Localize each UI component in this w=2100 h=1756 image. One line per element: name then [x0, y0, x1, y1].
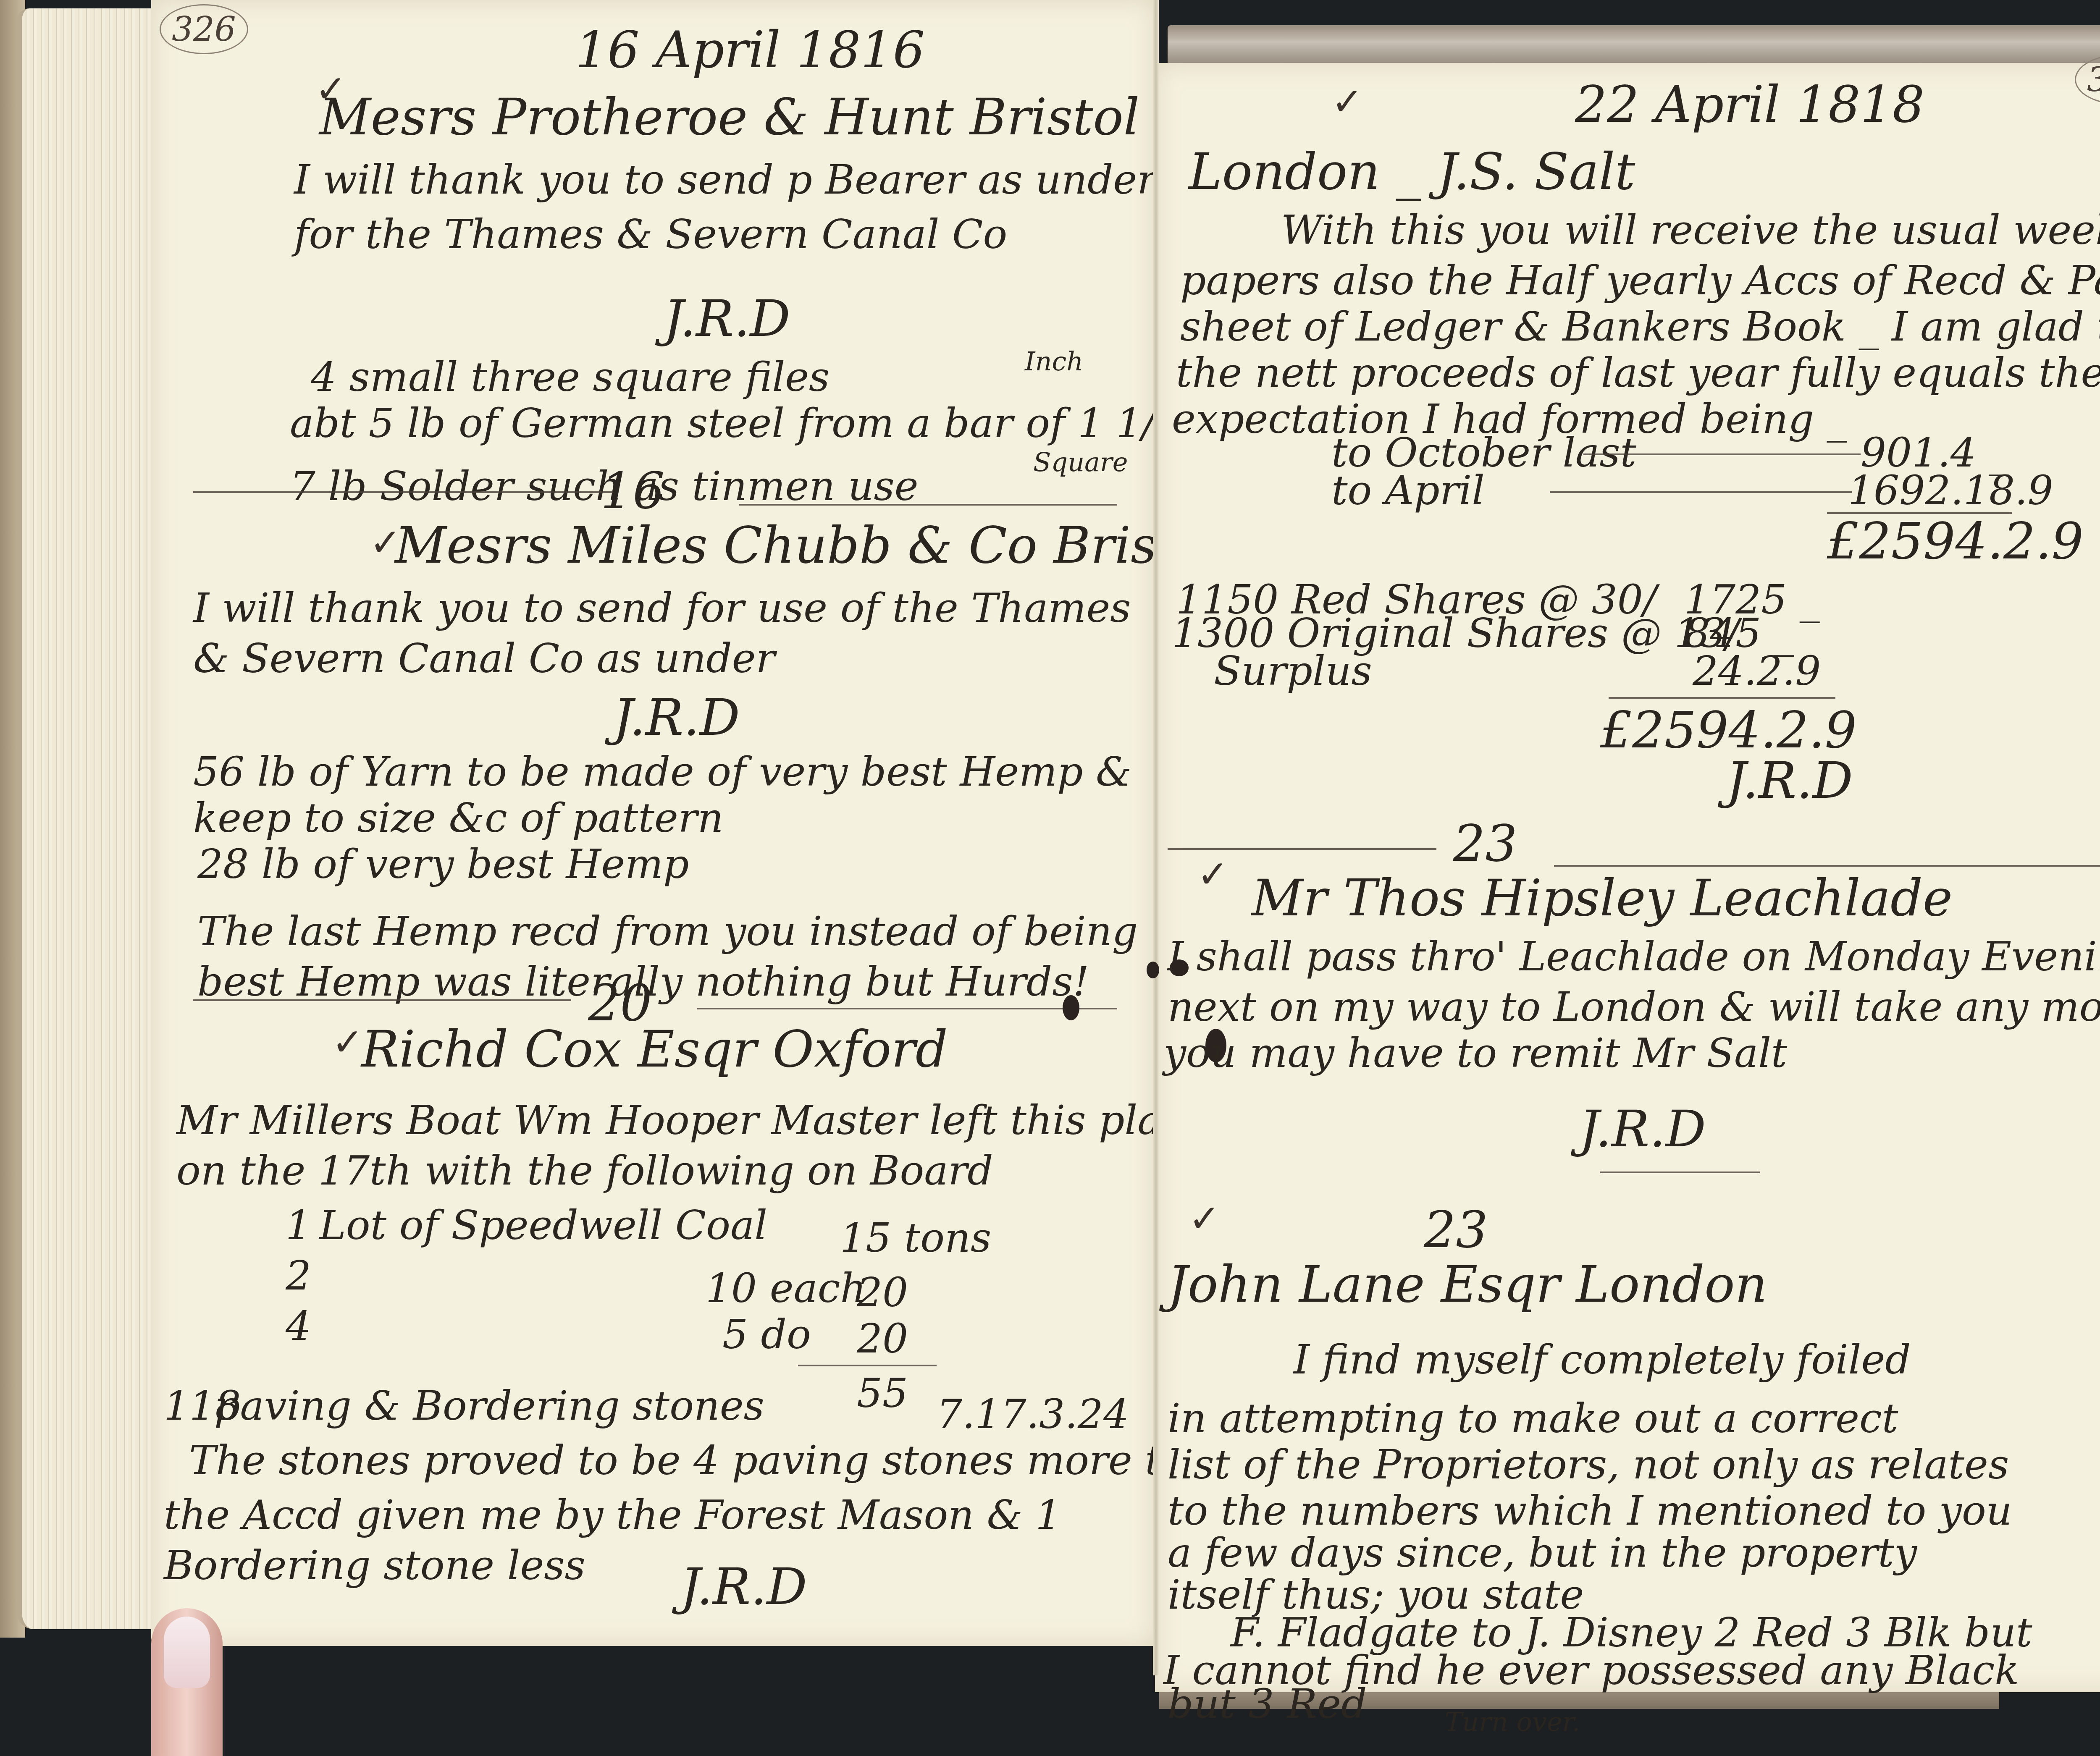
body-line: for the Thames & Severn Canal Co: [294, 214, 1007, 254]
check-mark-icon: ✓: [332, 1020, 363, 1064]
marbled-cover-top: [1168, 25, 2100, 67]
addressee: Mesrs Protheroe & Hunt Bristol: [319, 92, 1139, 143]
leader-line: [1583, 453, 1861, 455]
signature: J.R.D: [680, 1562, 807, 1612]
divider: [193, 491, 613, 493]
cargo-qty: 2: [286, 1255, 311, 1296]
cargo-desc: Lot of Speedwell Coal: [319, 1205, 767, 1245]
body-line: to the numbers which I mentioned to you: [1168, 1491, 2012, 1531]
left-page: 326 16 April 1816 ✓ Mesrs Protheroe & Hu…: [151, 0, 1155, 1646]
divider: [193, 999, 571, 1001]
entry-date: 23: [1453, 819, 1517, 869]
body-line: you may have to remit Mr Salt: [1163, 1033, 1787, 1073]
sum-rule: [1609, 697, 1835, 699]
addressee: Mr Thos Hipsley Leachlade: [1252, 873, 1953, 924]
account-amount: 1692.18.9: [1848, 470, 2053, 511]
item-line: 56 lb of Yarn to be made of very best He…: [193, 752, 1131, 792]
addressee: Mesrs Miles Chubb & Co Bristol: [395, 521, 1223, 571]
divider: [739, 504, 1117, 506]
margin-note: Square: [1033, 449, 1128, 475]
cargo-total: 20: [857, 1272, 908, 1313]
addressee: London _ J.S. Salt: [1189, 147, 1635, 197]
date-heading: 22 April 1818: [1575, 80, 1924, 130]
sum-rule: [798, 1365, 937, 1366]
note-line: The stones proved to be 4 paving stones …: [189, 1440, 1237, 1481]
accounts-total: £2594.2.9: [1827, 516, 2084, 567]
thumb-holding-page: [151, 1608, 223, 1756]
turn-over-note: Turn over.: [1445, 1709, 1580, 1735]
body-line: Mr Millers Boat Wm Hooper Master left th…: [176, 1100, 1208, 1140]
body-line: With this you will receive the usual wee…: [1281, 210, 2100, 250]
signature: J.R.D: [664, 294, 790, 344]
body-line: but 3 Red: [1168, 1684, 1367, 1724]
signature: J.R.D: [613, 693, 740, 743]
body-line: on the 17th with the following on Board: [176, 1151, 993, 1191]
leader-line: [1550, 491, 1852, 493]
share-line: Surplus: [1214, 651, 1372, 691]
note-line: the Accd given me by the Forest Mason & …: [164, 1495, 1061, 1535]
body-line: a few days since, but in the property: [1168, 1533, 1917, 1573]
cargo-each: 5 do: [722, 1314, 811, 1355]
body-line: sheet of Ledger & Bankers Book _ I am gl…: [1180, 307, 2100, 347]
addressee: Richd Cox Esqr Oxford: [361, 1025, 948, 1075]
cargo-qty: 1: [286, 1205, 311, 1245]
stones-value: 7.17.3.24: [937, 1394, 1129, 1434]
divider: [697, 1008, 1117, 1009]
stones-desc: paving & Bordering stones: [214, 1386, 764, 1426]
page-block-edges: [17, 8, 160, 1629]
body-line: in attempting to make out a correct: [1168, 1398, 1898, 1439]
right-page: 327 22 April 1818 ✓ London _ J.S. Salt W…: [1155, 63, 2100, 1692]
body-line: & Severn Canal Co as under: [193, 638, 775, 679]
body-line: I shall pass thro' Leachlade on Monday E…: [1168, 936, 2100, 977]
body-line: I will thank you to send for use of the …: [193, 588, 1131, 628]
shares-total: £2594.2.9: [1600, 705, 1857, 756]
ink-mark: [1170, 959, 1189, 976]
cargo-total: 15 tons: [840, 1218, 991, 1258]
check-mark-icon: ✓: [1189, 1197, 1220, 1241]
item-line: 4 small three square files: [311, 357, 829, 397]
note-line: Bordering stone less: [164, 1545, 585, 1586]
cargo-each: 10 each: [706, 1268, 866, 1308]
entry-date: 23: [1424, 1205, 1488, 1255]
divider: [1554, 865, 2100, 867]
entry-date: 16: [601, 466, 665, 516]
check-mark-icon: ✓: [1197, 852, 1228, 896]
body-line: next on my way to London & will take any…: [1168, 987, 2100, 1027]
check-mark-icon: ✓: [1331, 80, 1363, 124]
page-number: 326: [160, 4, 248, 54]
book-gutter: [1153, 0, 1159, 1675]
date-heading: 16 April 1816: [575, 25, 925, 76]
body-line: I will thank you to send p Bearer as und…: [294, 160, 1156, 200]
margin-note: Inch: [1025, 349, 1083, 375]
cargo-sum: 55: [857, 1373, 908, 1413]
share-amount: 24.2.9: [1693, 651, 1821, 691]
note-line: The last Hemp recd from you instead of b…: [197, 911, 1138, 951]
cargo-qty: 4: [286, 1306, 311, 1346]
body-line: list of the Proprietors, not only as rel…: [1168, 1444, 2009, 1485]
body-line: papers also the Half yearly Accs of Recd…: [1180, 260, 2100, 301]
signature: J.R.D: [1579, 1104, 1706, 1155]
body-line: I find myself completely foiled: [1294, 1339, 1911, 1380]
item-line: keep to size &c of pattern: [193, 798, 723, 838]
item-line: 28 lb of very best Hemp: [197, 844, 689, 884]
divider: [1168, 848, 1436, 850]
ink-blot: [1063, 995, 1079, 1020]
addressee: John Lane Esqr London: [1168, 1260, 1767, 1310]
body-line: the nett proceeds of last year fully equ…: [1176, 353, 2100, 393]
letterbook-photo: 326 16 April 1816 ✓ Mesrs Protheroe & Hu…: [0, 0, 2100, 1756]
cargo-total: 20: [857, 1318, 908, 1359]
flourish: [1600, 1172, 1760, 1173]
signature: J.R.D: [1726, 756, 1853, 806]
ink-mark: [1147, 962, 1159, 978]
account-label: to April: [1331, 470, 1485, 511]
